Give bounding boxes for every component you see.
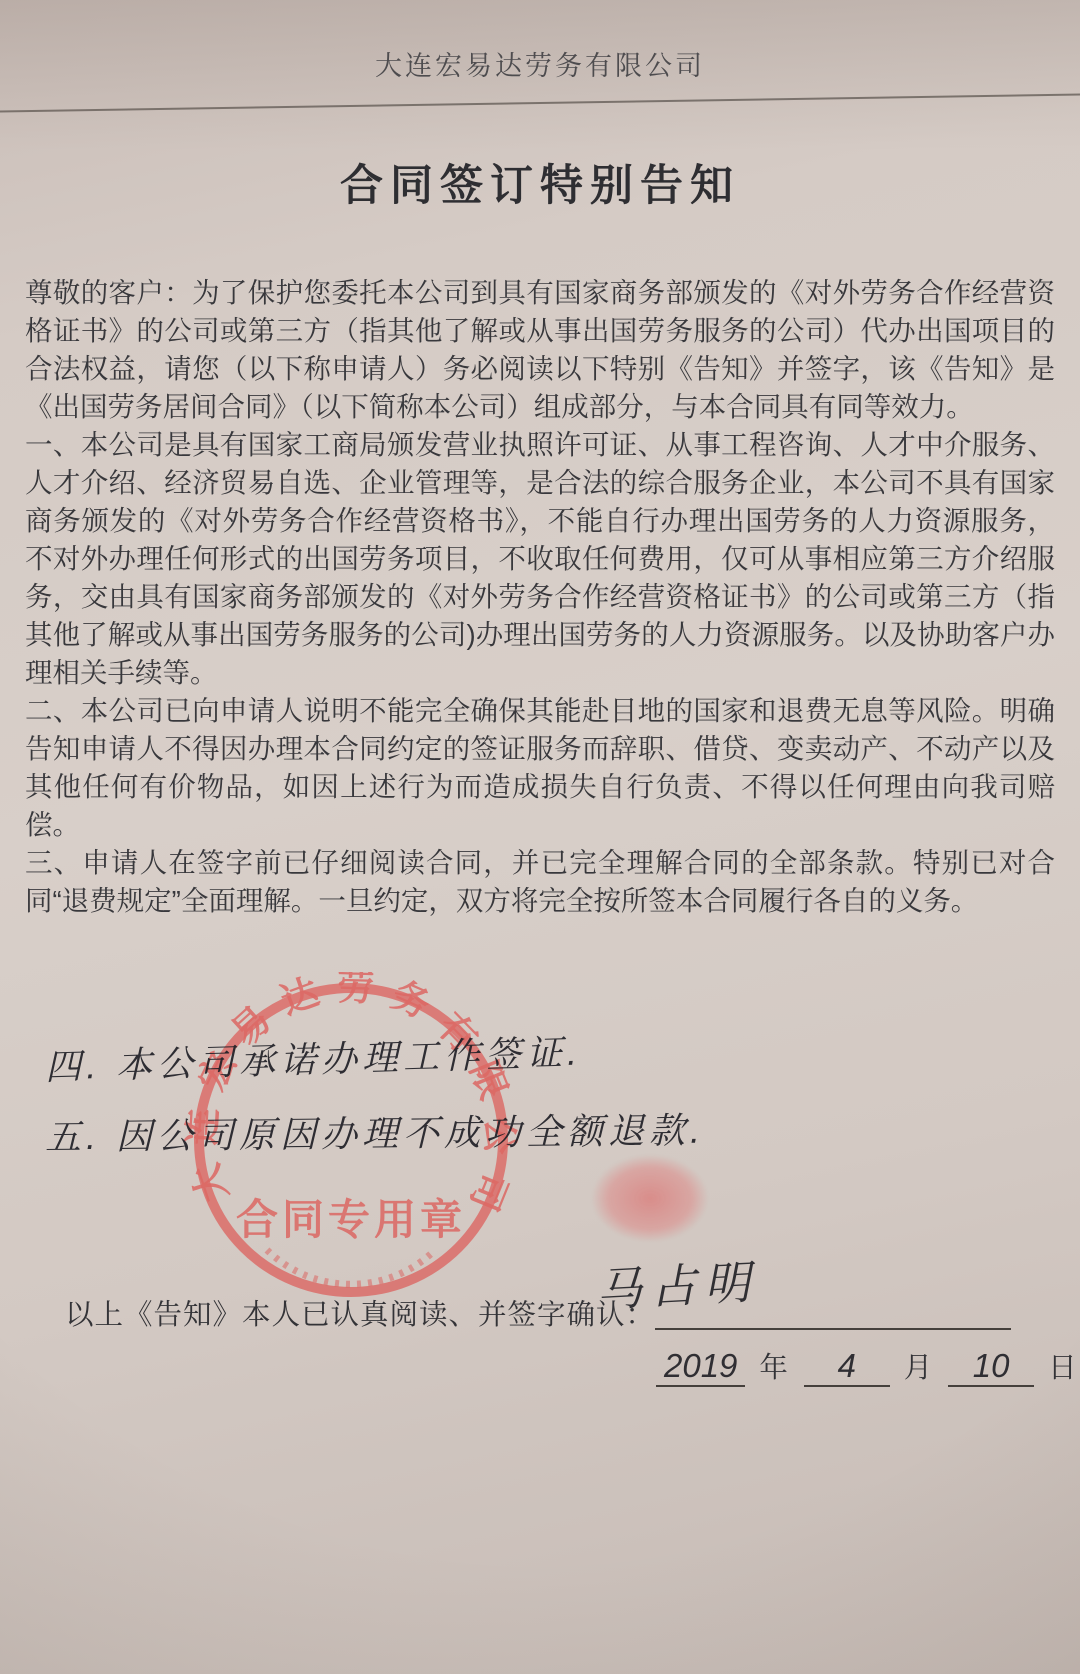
document-body: 尊敬的客户：为了保护您委托本公司到具有国家商务部颁发的《对外劳务合作经营资格证书…	[25, 274, 1055, 920]
paragraph-clause-3: 三、申请人在签字前已仔细阅读合同，并已完全理解合同的全部条款。特别已对合同“退费…	[25, 844, 1055, 920]
signature-row: 以上《告知》本人已认真阅读、并签字确认：	[65, 1292, 1055, 1333]
svg-text:大连宏易达劳务有限公司: 大连宏易达劳务有限公司	[183, 972, 519, 1217]
document-title: 合同签订特别告知	[0, 152, 1080, 213]
paragraph-intro: 尊敬的客户：为了保护您委托本公司到具有国家商务部颁发的《对外劳务合作经营资格证书…	[25, 274, 1055, 426]
month-label: 月	[904, 1352, 935, 1384]
date-row: 2019 年 4 月 10 日	[650, 1345, 1079, 1387]
handwritten-signature: 马占明	[594, 1246, 759, 1320]
year-label: 年	[759, 1352, 790, 1384]
paragraph-clause-1: 一、本公司是具有国家工商局颁发营业执照许可证、从事工程咨询、人才中介服务、人才介…	[25, 426, 1055, 692]
seal-center-text: 合同专用章	[236, 1196, 466, 1243]
handwritten-year: 2019	[656, 1347, 745, 1387]
signature-label: 以上《告知》本人已认真阅读、并签字确认：	[65, 1299, 655, 1331]
seal-arc-text: 大连宏易达劳务有限公司	[183, 972, 519, 1217]
document-photo: 大连宏易达劳务有限公司 合同签订特别告知 尊敬的客户：为了保护您委托本公司到具有…	[0, 0, 1080, 1674]
header-rule	[0, 93, 1080, 112]
handwritten-day: 10	[948, 1347, 1034, 1387]
day-label: 日	[1048, 1352, 1079, 1384]
header-company-name: 大连宏易达劳务有限公司	[0, 44, 1080, 83]
paragraph-clause-2: 二、本公司已向申请人说明不能完全确保其能赴目地的国家和退费无息等风险。明确告知申…	[25, 692, 1055, 844]
fingerprint-mark	[575, 1148, 725, 1260]
handwritten-clause-5: 五. 因公司原因办理不成功全额退款.	[45, 1103, 706, 1161]
handwritten-month: 4	[804, 1347, 890, 1387]
